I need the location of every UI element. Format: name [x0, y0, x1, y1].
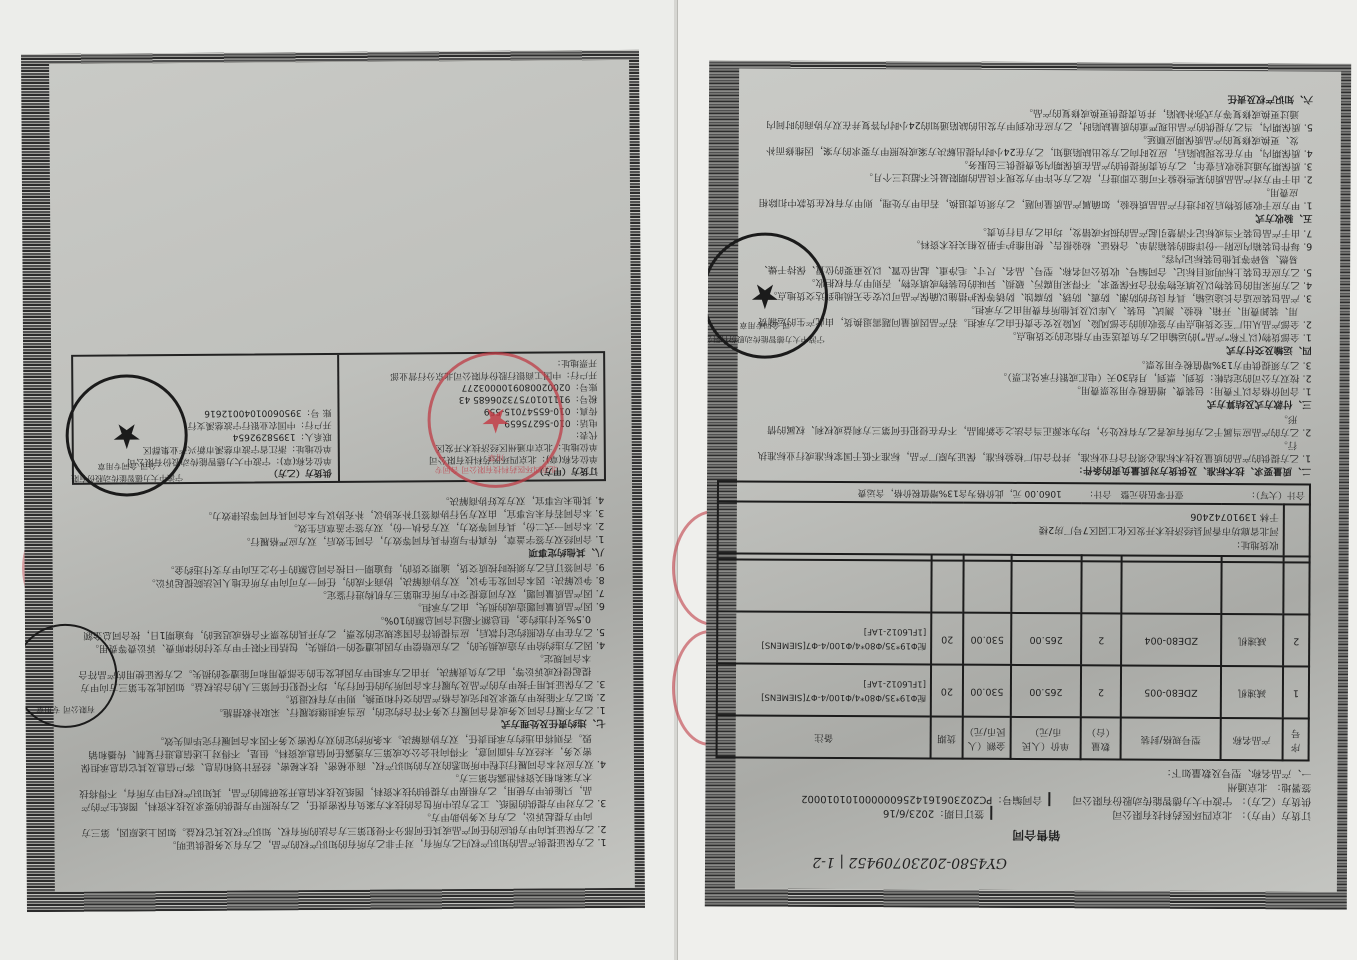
seal-text: 宁波中大力德智能传动股份有限公司 合同专用章 — [705, 317, 825, 346]
total-note-label: 合计： — [1085, 488, 1112, 498]
seal-text: 有限公司 专用章 — [21, 702, 116, 717]
cell-name: 减速机 — [1221, 614, 1283, 666]
label: 账号： — [570, 381, 597, 391]
star-icon: ★ — [480, 403, 511, 437]
total-label: 合计（大写）： — [1246, 489, 1305, 499]
cell-unit-price: 265.00 — [1011, 613, 1081, 665]
signature-box: 订货方（甲方） 单位名称(章)：北京四环医药科技有限公司 单位地址：北京市通州区… — [71, 351, 606, 485]
total-amount: 1060.00 元，此价格为含13%增值税价格，含运费 — [858, 487, 1062, 498]
label: 代表： — [571, 429, 598, 439]
seller-label: 供货方（乙方）： — [1236, 793, 1311, 807]
star-icon: ★ — [750, 279, 781, 313]
label: 开票地址： — [552, 357, 597, 367]
clause-text: 5. 乙方在甲方依照约定付款后，应当提供符合国家规定的发票，乙方开具的发票不合格… — [71, 612, 605, 642]
cell-no: 1 — [1283, 666, 1309, 718]
label: 传真： — [570, 405, 597, 415]
sign-place-label: 签署地： — [1271, 779, 1311, 793]
clause-text: 4. 质保期内，甲方在发现缺陷后，应及时向乙方发出缺陷通知，乙方在24小时内提出… — [757, 131, 1313, 160]
label: 单位地址： — [287, 443, 332, 453]
sign-date: 2023/6/16 — [883, 807, 934, 818]
contract-no-label: 合同编号： — [992, 794, 1042, 805]
star-icon: ★ — [111, 418, 142, 452]
label: 单位名称(章)： — [271, 455, 332, 465]
cell-model: ZDE80-005 — [1121, 665, 1221, 718]
clause-text: 2. 全部产品从出厂至交货地点甲方签收前的全部风险、风险及安全责任由乙方承担。若… — [756, 302, 1312, 331]
cell-no: 2 — [1283, 614, 1309, 666]
total-words: 壹仟零伍拾元整 — [1121, 488, 1184, 498]
cell-qty: 2 — [1081, 665, 1121, 717]
cell-qty: 2 — [1081, 613, 1121, 665]
col-header: 序号 — [1283, 718, 1309, 760]
col-header: 备注 — [717, 715, 931, 758]
col-header: 型号规格/封装 — [1121, 717, 1221, 760]
handwritten-note: GY4580-20230709452 | 1-2 — [812, 855, 1007, 870]
seller-bank: 中国农业银行宁波慈溪支行 — [188, 419, 296, 430]
label: 开户行： — [561, 369, 597, 379]
clause-text: 1. 甲方应于收到货物后及时进行产品品质检验，如确属产品质量问题，乙方须负责退换… — [756, 183, 1312, 212]
col-header: 货期 — [931, 716, 963, 758]
buyer-name: 北京四环医药科技有限公司 — [1112, 806, 1232, 821]
cell-lead-time: 20 — [931, 664, 963, 716]
cell-remark: 配Φ19*35/Φ80*4/Φ100/4-Φ7[SIEMENS][1FL6012… — [717, 611, 931, 664]
col-header: 数量（台） — [1081, 717, 1121, 759]
cell-unit-price: 265.00 — [1011, 665, 1081, 717]
clause-text: 2. 乙方的产品应当属于乙方所有或者乙方有权处分，均为来源正当合法之全新制品，不… — [755, 410, 1311, 439]
left-paper: 1. 乙方保证提供产品的知识产权归乙方所有，对于非乙方所有的知识产权的产品，乙方… — [49, 60, 635, 892]
partial-seal: 有限公司 专用章 — [21, 624, 118, 729]
clause-text: 5. 质保期内，当乙方提供的产品出现严重的质量缺陷时，乙方应在收到甲方发出的缺陷… — [757, 105, 1313, 134]
buyer-info: 订货方（甲方） 单位名称(章)：北京四环医药科技有限公司 单位地址：北京市通州区… — [339, 353, 604, 481]
total-row: 合计（大写）： 壹仟零伍拾元整 合计： 1060.00 元，此价格为含13%增值… — [718, 481, 1310, 504]
seller-contact: 13958292654 — [233, 431, 296, 441]
left-ip-clauses: 1. 乙方保证提供产品的知识产权归乙方所有，对于非乙方所有的知识产权的产品，乙方… — [70, 493, 606, 852]
right-clauses: 二、质量要求、技术标准、及供货方对质量负责的条件： 1. 乙方提供的产品的质量及… — [755, 90, 1313, 478]
section-heading: 六、知识产权及责任 — [757, 90, 1313, 106]
clause-text: 2. 乙方保证其向甲方供应的任何产品或其任何部分不侵犯第三方合法的所有权、知识产… — [72, 809, 606, 839]
clause-text: 4. 双方应对本合同履行过程中所知悉的双方的知识产权、商业秘密、技术秘密、经营计… — [72, 731, 606, 774]
contract-header: 订货方（甲方）： 北京四环医药科技有限公司 签订日期：2023/6/16 供货方… — [735, 762, 1311, 821]
label: 电话： — [571, 417, 598, 427]
delivery-contact: 于林 13910742406 — [723, 506, 1279, 523]
product-table: 序号 产品名称 型号规格/封装 数量（台） 单价（人民币/元） 金额（人民币/元… — [716, 480, 1311, 761]
cell-lead-time: 20 — [931, 612, 963, 664]
total-cell: 合计（大写）： 壹仟零伍拾元整 合计： 1060.00 元，此价格为含13%增值… — [718, 481, 1310, 504]
clause-text: 1. 乙方提供的产品的质量及技术标准必须符合行业标准，并符合出厂检验标准，保证为… — [755, 436, 1311, 465]
products-intro: 一、产品名称、型号及数量如下： — [1161, 765, 1311, 780]
seller-seal: 宁波中大力德智能传动股份有限公司 合同专用章 ★ — [65, 374, 188, 497]
table-header: 序号 产品名称 型号规格/封装 数量（台） 单价（人民币/元） 金额（人民币/元… — [717, 715, 1309, 760]
clause-text: 3. 乙方保证其用于按甲方的产品及为履行本合同所为的任何行为，均不侵犯任何第三人… — [71, 651, 605, 694]
cell-amount: 530.00 — [963, 665, 1011, 717]
label: 开户行： — [296, 419, 332, 429]
label: 账 号： — [302, 407, 332, 417]
seller-seal-right-page: 宁波中大力德智能传动股份有限公司 合同专用章 ★ — [705, 232, 829, 359]
right-contract-copy: GY4580-20230709452 | 1-2 销售合同 订货方（甲方）： 北… — [705, 60, 1351, 909]
delivery-address: 河北省廊坊市香河县经济技术开发区化工园区7号厂房2楼 — [723, 520, 1279, 537]
col-header: 产品名称 — [1221, 718, 1283, 760]
seal-text: 宁波中大力德智能传动股份有限公司 合同专用章 — [69, 459, 185, 484]
delivery-row: 收货地址： 河北省廊坊市香河县经济技术开发区化工园区7号厂房2楼 于林 1391… — [718, 501, 1310, 556]
page-fold — [674, 0, 678, 960]
cell-remark: 配Φ19*35/Φ80*4/Φ100/4-Φ7[SIEMENS][1FL6012… — [717, 663, 931, 716]
cell-amount: 530.00 — [963, 613, 1011, 665]
col-header: 单价（人民币/元） — [1011, 717, 1081, 759]
cell-model: ZDE80-004 — [1121, 613, 1221, 666]
seller-name: 宁波中大力德智能传动股份有限公司 — [1072, 792, 1232, 807]
clause-text: 3. 乙方对甲方提供的图纸、工艺方法中所包含的技术方案负有保密责任，乙方按照甲方… — [72, 770, 606, 813]
right-page-content: GY4580-20230709452 | 1-2 销售合同 订货方（甲方）： 北… — [735, 68, 1341, 891]
label: 联系人： — [296, 431, 332, 441]
delivery-address-cell: 收货地址： 河北省廊坊市香河县经济技术开发区化工园区7号厂房2楼 于林 1391… — [718, 501, 1284, 556]
cell-name: 减速机 — [1221, 666, 1283, 718]
sign-date-label: 签订日期： — [934, 808, 984, 819]
contract-title: 销售合同 — [735, 826, 1337, 843]
table-row: 2 减速机 ZDE80-004 2 265.00 530.00 20 配Φ19*… — [717, 611, 1309, 666]
delivery-label: 收货地址： — [723, 534, 1279, 551]
label: 税号： — [570, 393, 597, 403]
buyer-label: 订货方（甲方）： — [1236, 807, 1311, 821]
sign-place: 北京通州 — [1227, 779, 1267, 793]
left-page-content: 1. 乙方保证提供产品的知识产权归乙方所有，对于非乙方所有的知识产权的产品，乙方… — [49, 60, 635, 892]
contract-no: PC2023061614256000000101010002 — [801, 793, 992, 805]
buyer-seal: 北京四环医药科技有限公司 合同专用章 ★ — [427, 351, 564, 488]
col-header: 金额（人民币/元） — [963, 717, 1011, 759]
table-row: 1 减速机 ZDE80-005 2 265.00 530.00 20 配Φ19*… — [717, 663, 1309, 718]
seller-account: 39506001040012616 — [204, 407, 301, 418]
clause-text: 5. 乙方应在包装上标明项目标记、合同编号、收货公司名称、型号、品名、尺寸、毛净… — [756, 250, 1312, 279]
table-row-empty — [717, 559, 1309, 614]
seal-text: 北京四环医药科技有限公司 合同专用章 — [431, 450, 561, 475]
left-contract-copy: 1. 乙方保证提供产品的知识产权归乙方所有，对于非乙方所有的知识产权的产品，乙方… — [21, 50, 645, 912]
right-paper: GY4580-20230709452 | 1-2 销售合同 订货方（甲方）： 北… — [735, 68, 1341, 891]
seller-info: 供货方（乙方） 单位名称(章)：宁波中大力德智能传动股份有限公司 单位地址：浙江… — [73, 355, 340, 483]
